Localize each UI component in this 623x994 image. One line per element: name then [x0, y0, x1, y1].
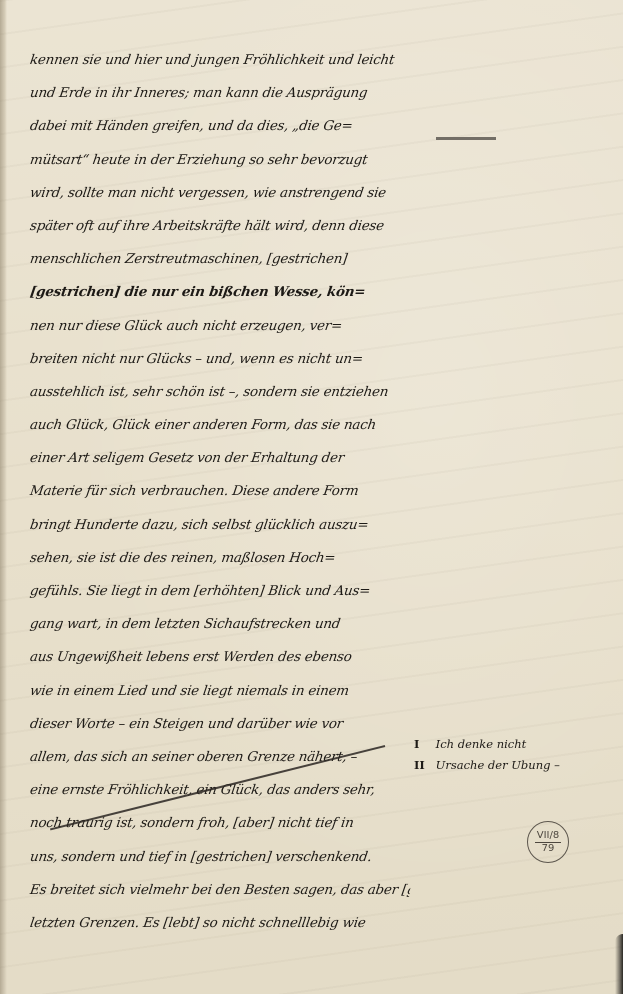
ink-stroke-mark — [436, 137, 496, 140]
text-line: gang wart, in dem letzten Sichaufstrecke… — [28, 608, 413, 641]
text-line: gefühls. Sie liegt in dem [erhöhten] Bli… — [28, 575, 413, 608]
page-left-edge — [0, 0, 7, 994]
text-line: letzten Grenzen. Es [lebt] so nicht schn… — [28, 907, 413, 940]
text-line: Es breitet sich vielmehr bei den Besten … — [28, 874, 413, 907]
text-line: mütsart“ heute in der Erziehung so sehr … — [28, 144, 413, 177]
note-text: Ursache der Ubung – — [436, 758, 560, 772]
text-line: dabei mit Händen greifen, und da dies, „… — [28, 110, 413, 143]
text-line: und Erde in ihr Inneres; man kann die Au… — [28, 77, 413, 110]
margin-note-item: I Ich denke nicht — [414, 734, 560, 755]
text-line: wird, sollte man nicht vergessen, wie an… — [28, 177, 413, 210]
text-line-struck: [gestrichen] die nur ein bißchen Wesse, … — [28, 276, 413, 309]
text-line: wie in einem Lied und sie liegt niemals … — [28, 675, 413, 708]
text-line: allem, das sich an seiner oberen Grenze … — [28, 741, 413, 774]
text-line: menschlichen Zerstreutmaschinen, [gestri… — [28, 243, 413, 276]
text-line: kennen sie und hier und jungen Fröhlichk… — [28, 44, 413, 77]
handwritten-text-block: kennen sie und hier und jungen Fröhlichk… — [30, 44, 410, 940]
margin-note: I Ich denke nicht II Ursache der Ubung – — [414, 734, 560, 776]
page-corner-shadow — [615, 934, 623, 994]
note-text: Ich denke nicht — [436, 737, 527, 751]
text-line: noch traurig ist, sondern froh, [aber] n… — [28, 807, 413, 840]
text-line: nen nur diese Glück auch nicht erzeugen,… — [28, 310, 413, 343]
note-mark: I — [414, 734, 432, 755]
note-mark: II — [414, 755, 432, 776]
text-line: einer Art seligem Gesetz von der Erhaltu… — [28, 442, 413, 475]
margin-note-item: II Ursache der Ubung – — [414, 755, 560, 776]
text-line: auch Glück, Glück einer anderen Form, da… — [28, 409, 413, 442]
manuscript-page: kennen sie und hier und jungen Fröhlichk… — [0, 0, 623, 994]
text-line: uns, sondern und tief in [gestrichen] ve… — [28, 841, 413, 874]
text-line: später oft auf ihre Arbeitskräfte hält w… — [28, 210, 413, 243]
archive-stamp: VII/8 79 — [527, 821, 569, 863]
text-line: breiten nicht nur Glücks – und, wenn es … — [28, 343, 413, 376]
stamp-number: 79 — [542, 843, 555, 855]
stamp-signature: VII/8 — [535, 830, 561, 843]
text-line: bringt Hunderte dazu, sich selbst glückl… — [28, 509, 413, 542]
text-line: dieser Worte – ein Steigen und darüber w… — [28, 708, 413, 741]
text-line: eine ernste Fröhlichkeit, ein Glück, das… — [28, 774, 413, 807]
text-line: sehen, sie ist die des reinen, maßlosen … — [28, 542, 413, 575]
text-line: aus Ungewißheit lebens erst Werden des e… — [28, 641, 413, 674]
text-line: Materie für sich verbrauchen. Diese ande… — [28, 475, 413, 508]
text-line: ausstehlich ist, sehr schön ist –, sonde… — [28, 376, 413, 409]
